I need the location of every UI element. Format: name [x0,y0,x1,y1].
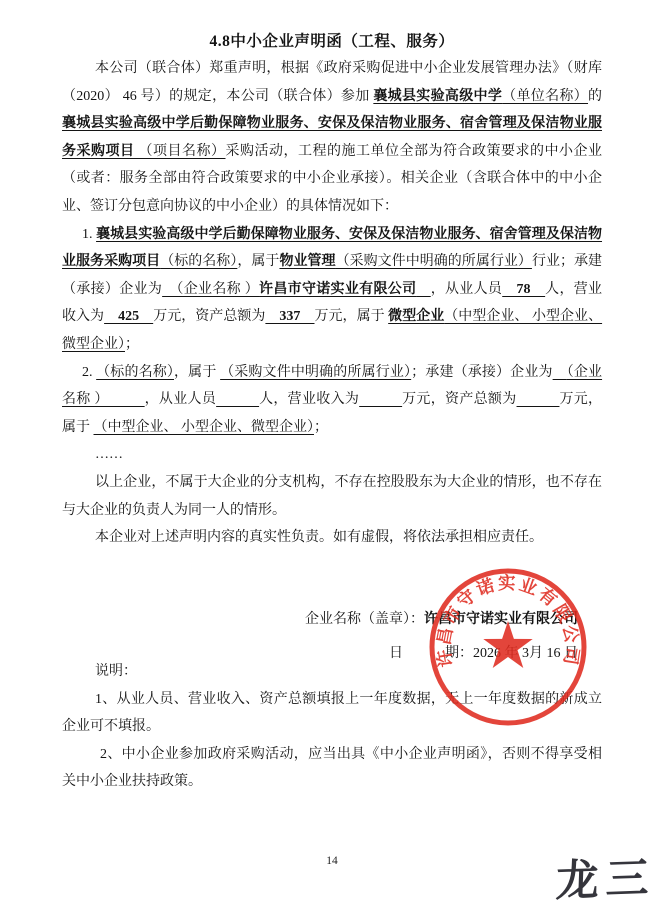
item-2-blank2 [359,392,402,407]
responsibility-paragraph: 本企业对上述声明内容的真实性负责。如有虚假，将依法承担相应责任。 [62,524,602,552]
item-1-subject-note: （标的名称） [160,254,237,269]
item-2-number: 2. [82,365,96,380]
employee-count: 78 [502,282,545,297]
item-2-mid3: 人，营业收入为 [259,392,359,407]
item-2-blank0 [553,365,567,380]
item-2-belongs: ，属于 [174,365,220,380]
note-item-2: 2、中小企业参加政府采购活动，应当出具《中小企业声明函》，否则不得享受相关中小企… [62,741,602,796]
ellipsis-line: …… [62,441,602,469]
signature-company-line: 企业名称（盖章）：许昌市守诺实业有限公司 [305,608,578,628]
no-affiliation-paragraph: 以上企业，不属于大企业的分支机构，不存在控股股东为大企业的情形，也不存在与大企业… [62,469,602,524]
company-name: 许昌市守诺实业有限公司 [259,282,416,297]
document-body: 本公司（联合体）郑重声明，根据《政府采购促进中小企业发展管理办法》（财库（202… [62,55,602,552]
item-2-mid2: ，从业人员 [145,392,217,407]
item-1-end: ； [125,337,139,352]
notes-heading: 说明： [62,658,602,686]
item-2-end: ； [314,420,328,435]
signature-company-name: 许昌市守诺实业有限公司 [424,612,578,627]
declaration-document-page: 4.8中小企业声明函（工程、服务） 本公司（联合体）郑重声明，根据《政府采购促进… [0,0,664,916]
page-title: 4.8中小企业声明函（工程、服务） [0,29,664,51]
signature-company-label: 企业名称（盖章）： [305,612,424,627]
item-1-mid2: ，从业人员 [431,282,503,297]
company-gap [416,282,430,297]
item-1-belongs: ，属于 [237,254,279,269]
item-1-number: 1. [82,227,96,242]
industry-note: （采购文件中明确的所属行业） [336,254,532,269]
item-1-paragraph: 1. 襄城县实验高级中学后勤保障物业服务、安保及保洁物业服务、宿舍管理及保洁物业… [62,221,602,359]
item-2-mid1: ；承建（承接）企业为 [411,365,552,380]
item-2-type-note: （中型企业、 小型企业、微型企业） [94,420,315,435]
buyer-note: （单位名称） [502,89,588,104]
item-2-industry-note: （采购文件中明确的所属行业） [220,365,411,380]
intro-of: 的 [588,89,602,104]
company-note: （企业名称 ） [162,282,259,297]
assets-value: 337 [265,309,314,324]
note-item-1: 1、从业人员、营业收入、资产总额填报上一年度数据，无上一年度数据的新成立企业可不… [62,686,602,741]
item-1-mid5: 万元，属于 [315,309,389,324]
item-2-paragraph: 2. （标的名称），属于 （采购文件中明确的所属行业）；承建（承接）企业为 （企… [62,359,602,442]
buyer-name: 襄城县实验高级中学 [373,89,502,104]
item-2-mid4: 万元，资产总额为 [402,392,516,407]
intro-paragraph: 本公司（联合体）郑重声明，根据《政府采购促进中小企业发展管理办法》（财库（202… [62,55,602,221]
item-2-blank3 [517,392,560,407]
item-2-subject-note: （标的名称） [96,365,174,380]
enterprise-type: 微型企业 [388,309,444,324]
handwritten-signature-watermark: 龙三 [555,844,657,909]
revenue-value: 425 [104,309,153,324]
project-note: （项目名称） [139,144,226,159]
item-2-blank1 [216,392,259,407]
item-1-mid4: 万元，资产总额为 [153,309,265,324]
notes-section: 说明： 1、从业人员、营业收入、资产总额填报上一年度数据，无上一年度数据的新成立… [62,658,602,796]
industry-value: 物业管理 [279,254,335,269]
